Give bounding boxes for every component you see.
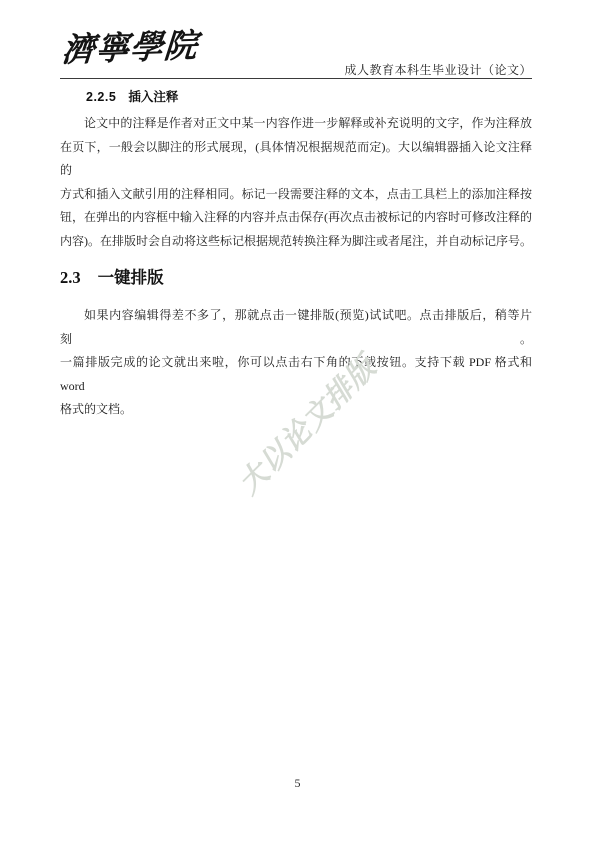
- header-rule: [60, 78, 532, 79]
- page-footer: 5: [0, 776, 595, 791]
- header-title: 成人教育本科生毕业设计（论文）: [344, 61, 532, 78]
- paragraph-line: 一篇排版完成的论文就出来啦，你可以点击右下角的下载按钮。支持下载 PDF 格式和…: [60, 351, 532, 398]
- document-page: 濟寧學院 成人教育本科生毕业设计（论文） 2.2.5插入注释 论文中的注释是作者…: [0, 0, 595, 842]
- university-logo-calligraphy: 濟寧學院: [60, 20, 200, 72]
- paragraph-line: 内容)。在排版时会自动将这些标记根据规范转换注释为脚注或者尾注，并自动标记序号。: [60, 230, 532, 254]
- section-number: 2.2.5: [86, 90, 116, 104]
- document-body: 2.2.5插入注释 论文中的注释是作者对正文中某一内容作进一步解释或补充说明的文…: [60, 88, 532, 422]
- paragraph-line: 方式和插入文献引用的注释相同。标记一段需要注释的文本，点击工具栏上的添加注释按: [60, 183, 532, 207]
- section-number: 2.3: [60, 268, 81, 287]
- page-header: 濟寧學院 成人教育本科生毕业设计（论文）: [60, 0, 532, 80]
- paragraph-line: 在页下，一般会以脚注的形式展现，(具体情况根据规范而定)。大以编辑器插入论文注释…: [60, 136, 532, 183]
- section-title: 插入注释: [128, 90, 178, 104]
- paragraph-line: 论文中的注释是作者对正文中某一内容作进一步解释或补充说明的文字，作为注释放: [60, 112, 532, 136]
- section-title: 一键排版: [98, 269, 164, 287]
- paragraph-line: 如果内容编辑得差不多了，那就点击一键排版(预览)试试吧。点击排版后，稍等片刻。: [60, 304, 532, 351]
- paragraph-line: 格式的文档。: [60, 398, 532, 422]
- paragraph-one-click-layout: 如果内容编辑得差不多了，那就点击一键排版(预览)试试吧。点击排版后，稍等片刻。一…: [60, 304, 532, 422]
- section-heading-2-3: 2.3一键排版: [60, 266, 532, 290]
- paragraph-insert-annotation: 论文中的注释是作者对正文中某一内容作进一步解释或补充说明的文字，作为注释放在页下…: [60, 112, 532, 253]
- section-heading-2-2-5: 2.2.5插入注释: [60, 88, 532, 106]
- paragraph-line: 钮，在弹出的内容框中输入注释的内容并点击保存(再次点击被标记的内容时可修改注释的: [60, 206, 532, 230]
- page-number: 5: [295, 776, 301, 790]
